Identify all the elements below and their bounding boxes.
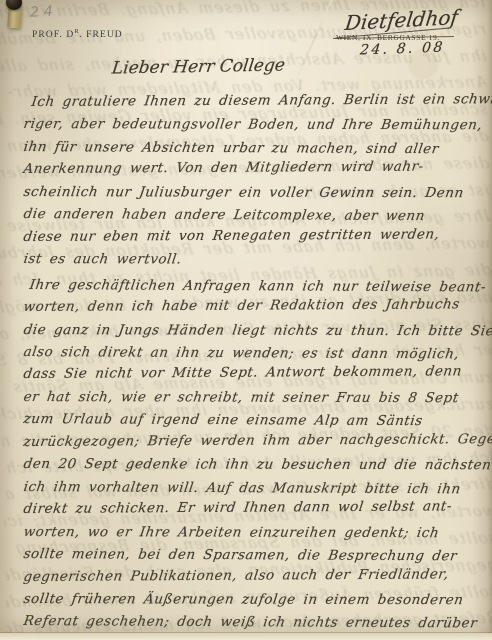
handwriting-line: ist es auch wertvoll. bbox=[22, 248, 487, 272]
handwriting-line: Referat geschehen; doch weiß ich nichts … bbox=[22, 610, 487, 635]
letterhead-name-suffix: . FREUD bbox=[79, 30, 123, 40]
handwriting-line: scheinlich nur Juliusburger ein voller G… bbox=[22, 181, 487, 205]
handwriting-line: direkt zu schicken. Er wird Ihnen dann w… bbox=[22, 495, 487, 520]
letterhead-name: PROF. DR. FREUD bbox=[32, 28, 123, 40]
handwriting-line: worten, denn ich habe mit der Redaktion … bbox=[22, 293, 487, 318]
handwriting-line: Anerkennung wert. Von den Mitgliedern wi… bbox=[22, 156, 487, 181]
handwriting-line: den 20 Sept gedenke ich ihn zu besuchen … bbox=[22, 453, 487, 477]
handwriting-line: diese nur eben mit von Renegaten gestrit… bbox=[22, 223, 487, 248]
handwriting-line: worten, wo er Ihre Arbeiten einzureihen … bbox=[22, 521, 487, 545]
letterhead-name-prefix: PROF. D bbox=[32, 30, 74, 40]
handwriting-line: dass Sie nicht vor Mitte Sept. Antwort b… bbox=[22, 361, 487, 386]
handwriting-line: Ich gratuliere Ihnen zu diesem Anfang. B… bbox=[30, 88, 487, 113]
handwriting-line: zurückgezogen; Briefe werden ihm aber na… bbox=[22, 428, 487, 453]
pencil-page-number: 24 bbox=[30, 3, 59, 20]
handwriting-line: er hat sich, wie er schreibt, mit seiner… bbox=[22, 386, 487, 410]
letter-body: Ich gratuliere Ihnen zu diesem Anfang. B… bbox=[22, 91, 484, 633]
page-bottom-edge bbox=[0, 633, 492, 640]
paper-crease bbox=[292, 0, 335, 88]
heading-date: 24. 8. 08 bbox=[359, 39, 445, 58]
page-right-edge bbox=[487, 0, 492, 640]
handwriting-line: gegnerischen Publikationen, also auch de… bbox=[22, 563, 487, 588]
heading-place: Dietfeldhof bbox=[344, 5, 460, 35]
handwriting-line: die ganz in Jungs Händen liegt nichts zu… bbox=[22, 319, 487, 343]
letter-scan-page: Ich gratuliere Ihnen zu diesem Anfang. B… bbox=[0, 0, 492, 640]
handwriting-line: riger, aber bedeutungsvoller Boden, und … bbox=[22, 113, 487, 137]
brass-fastener-icon bbox=[5, 0, 25, 33]
salutation: Lieber Herr College bbox=[111, 55, 286, 78]
handwriting-line: sollte früheren Äußerungen zufolge in ei… bbox=[22, 588, 487, 612]
